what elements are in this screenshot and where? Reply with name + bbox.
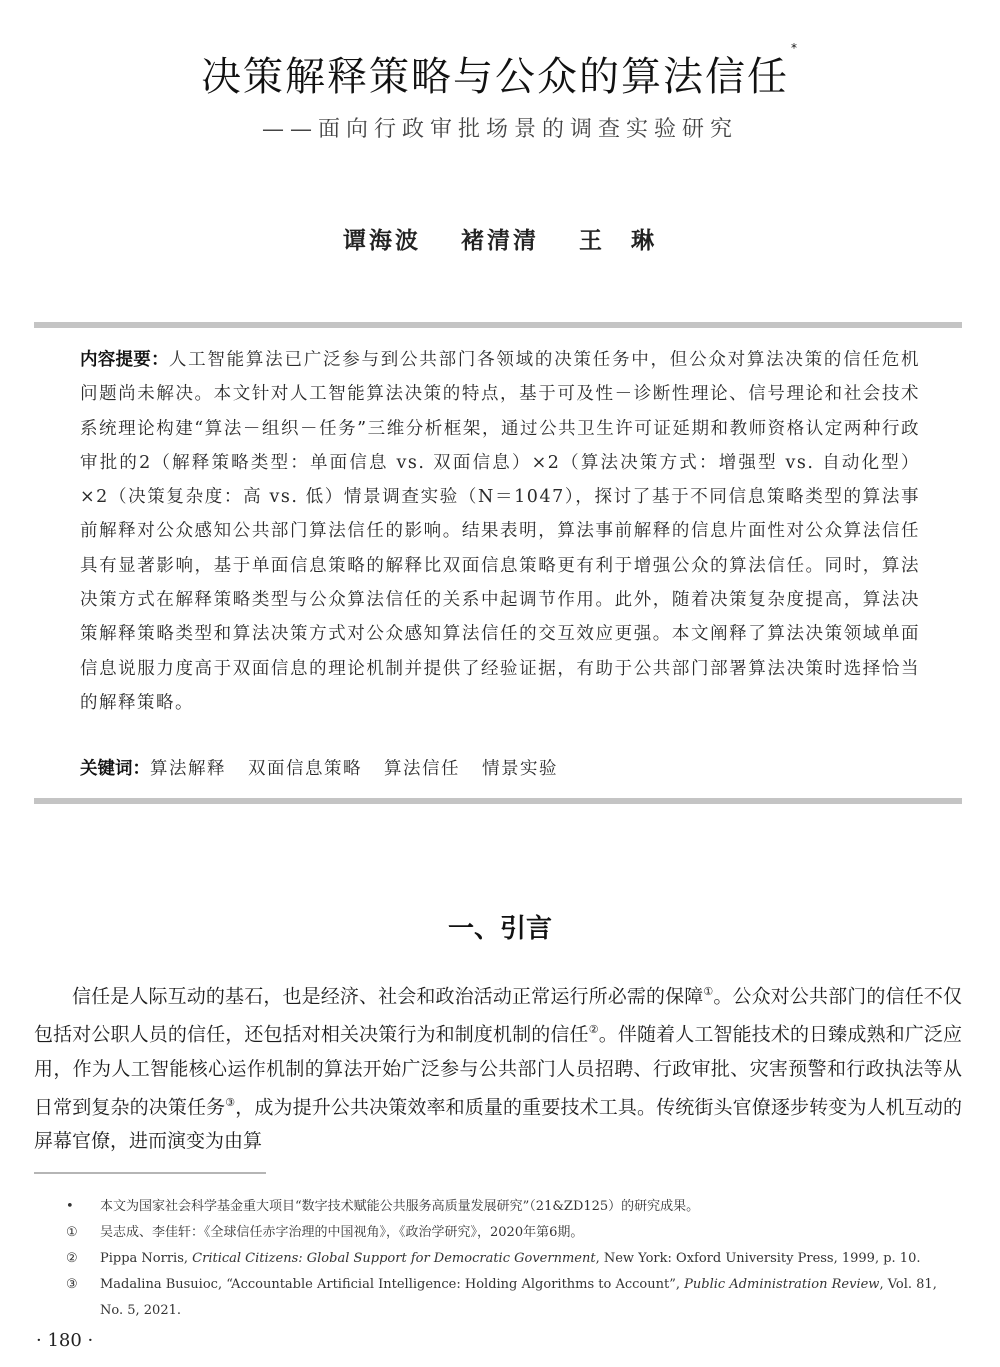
author-name: 谭海波 bbox=[343, 227, 421, 254]
citation-journal: Public Administration Review bbox=[684, 1277, 879, 1292]
keyword: 双面信息策略 bbox=[248, 759, 362, 779]
footnote-text: Madalina Busuioc, “Accountable Artificia… bbox=[100, 1272, 962, 1324]
citation-title: Critical Citizens: Global Support for De… bbox=[192, 1251, 595, 1266]
abstract-bottom-divider bbox=[34, 798, 962, 804]
footnote-mark: ① bbox=[66, 1220, 100, 1246]
footnote: ② Pippa Norris, Critical Citizens: Globa… bbox=[66, 1246, 962, 1272]
title-footnote-mark: * bbox=[791, 41, 799, 55]
abstract-label: 内容提要： bbox=[80, 350, 169, 370]
footnote-text: Pippa Norris, Critical Citizens: Global … bbox=[100, 1246, 920, 1272]
keywords: 关键词：算法解释双面信息策略算法信任情景实验 bbox=[80, 755, 920, 780]
article-subtitle: ——面向行政审批场景的调查实验研究 bbox=[0, 112, 1000, 143]
paragraph-text: 信任是人际互动的基石，也是经济、社会和政治活动正常运行所必需的保障 bbox=[72, 985, 703, 1007]
footnote-divider bbox=[34, 1172, 266, 1174]
footnote: ① 吴志成、李佳轩：《全球信任赤字治理的中国视角》，《政治学研究》，2020年第… bbox=[66, 1220, 962, 1246]
footnote-ref[interactable]: ② bbox=[589, 1023, 599, 1036]
footnotes: • 本文为国家社会科学基金重大项目“数字技术赋能公共服务高质量发展研究”（21&… bbox=[66, 1194, 962, 1324]
citation-author: Madalina Busuioc, “Accountable Artificia… bbox=[100, 1277, 684, 1292]
footnote-ref[interactable]: ③ bbox=[225, 1096, 235, 1109]
abstract-top-divider bbox=[34, 322, 962, 328]
body-paragraph: 信任是人际互动的基石，也是经济、社会和政治活动正常运行所必需的保障①。公众对公共… bbox=[34, 975, 962, 1158]
page-number: · 180 · bbox=[36, 1330, 93, 1351]
title-text: 决策解释策略与公众的算法信任 bbox=[201, 54, 789, 100]
section-heading: 一、引言 bbox=[0, 908, 1000, 945]
keyword: 算法解释 bbox=[150, 759, 226, 779]
footnote-mark: • bbox=[66, 1194, 100, 1220]
footnote: ③ Madalina Busuioc, “Accountable Artific… bbox=[66, 1272, 962, 1324]
abstract: 内容提要：人工智能算法已广泛参与到公共部门各领域的决策任务中，但公众对算法决策的… bbox=[80, 343, 920, 720]
keyword: 算法信任 bbox=[384, 759, 460, 779]
article-title: 决策解释策略与公众的算法信任* bbox=[0, 45, 1000, 102]
keyword: 情景实验 bbox=[482, 759, 558, 779]
citation-publication: , New York: Oxford University Press, 199… bbox=[596, 1251, 921, 1266]
author-name: 褚清清 bbox=[461, 227, 539, 254]
footnote-text: 吴志成、李佳轩：《全球信任赤字治理的中国视角》，《政治学研究》，2020年第6期… bbox=[100, 1220, 583, 1246]
author-list: 谭海波 褚清清 王 琳 bbox=[0, 222, 1000, 255]
footnote-text: 本文为国家社会科学基金重大项目“数字技术赋能公共服务高质量发展研究”（21&ZD… bbox=[100, 1194, 699, 1220]
citation-author: Pippa Norris, bbox=[100, 1251, 192, 1266]
footnote-ref[interactable]: ① bbox=[703, 985, 713, 998]
footnote: • 本文为国家社会科学基金重大项目“数字技术赋能公共服务高质量发展研究”（21&… bbox=[66, 1194, 962, 1220]
footnote-mark: ③ bbox=[66, 1272, 100, 1324]
footnote-mark: ② bbox=[66, 1246, 100, 1272]
abstract-text: 人工智能算法已广泛参与到公共部门各领域的决策任务中，但公众对算法决策的信任危机问… bbox=[80, 350, 920, 713]
author-name: 王 琳 bbox=[579, 227, 657, 254]
keywords-label: 关键词： bbox=[80, 759, 150, 779]
